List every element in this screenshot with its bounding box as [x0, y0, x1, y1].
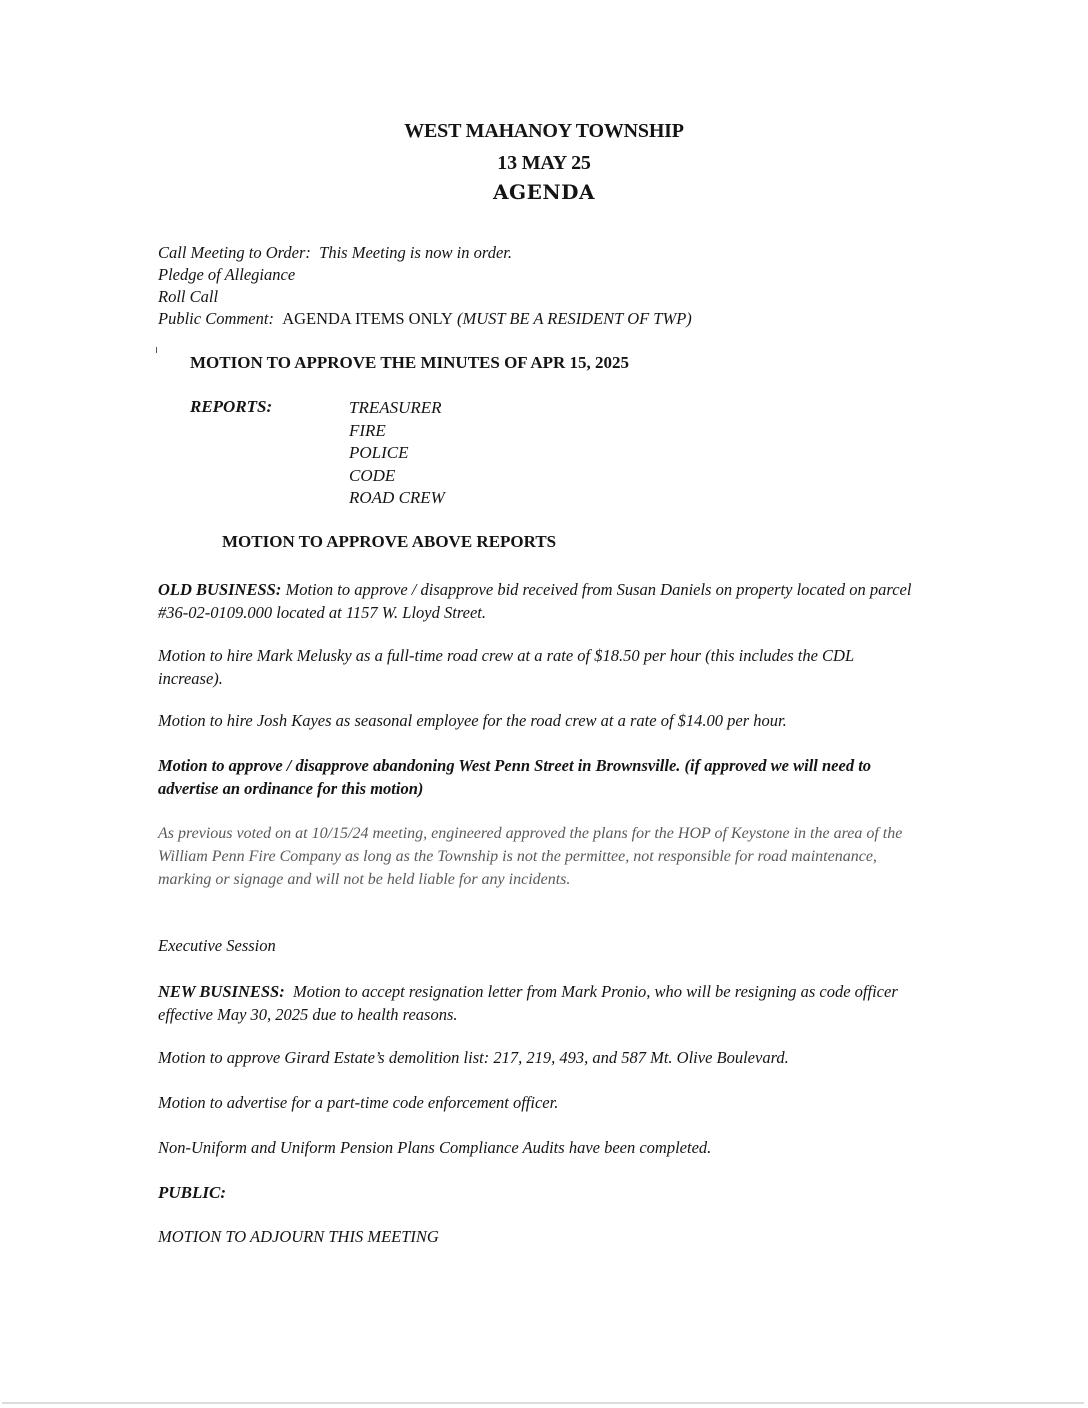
new-business-item: Motion to approve Girard Estate’s demoli…: [158, 1046, 918, 1069]
old-business-item: As previous voted on at 10/15/24 meeting…: [158, 822, 918, 891]
scan-edge-line: [2, 1402, 1084, 1404]
new-business-item: Non-Uniform and Uniform Pension Plans Co…: [158, 1136, 918, 1159]
meeting-date: 13 MAY 25: [0, 152, 1088, 175]
agenda-heading: AGENDA: [0, 180, 1088, 204]
call-to-order: Call Meeting to Order: This Meeting is n…: [158, 243, 512, 263]
executive-session: Executive Session: [158, 934, 918, 957]
reports-label: REPORTS:: [190, 397, 272, 417]
public-label: PUBLIC:: [158, 1181, 918, 1204]
report-item: FIRE: [349, 420, 445, 443]
public-comment: Public Comment: AGENDA ITEMS ONLY (MUST …: [158, 309, 692, 329]
reports-motion: MOTION TO APPROVE ABOVE REPORTS: [222, 532, 556, 552]
new-business-item: NEW BUSINESS: Motion to accept resignati…: [158, 980, 918, 1026]
new-business-label: NEW BUSINESS:: [158, 982, 285, 1001]
report-item: CODE: [349, 465, 445, 488]
report-item: POLICE: [349, 442, 445, 465]
new-business-item: Motion to advertise for a part-time code…: [158, 1091, 918, 1114]
call-to-order-label: Call Meeting to Order:: [158, 243, 311, 262]
report-item: TREASURER: [349, 397, 445, 420]
reports-list: TREASURER FIRE POLICE CODE ROAD CREW: [349, 397, 445, 510]
old-business-item: OLD BUSINESS: Motion to approve / disapp…: [158, 578, 918, 624]
public-comment-label: Public Comment:: [158, 309, 274, 328]
old-business-item: Motion to hire Josh Kayes as seasonal em…: [158, 709, 918, 732]
scan-mark: [156, 347, 157, 353]
pledge-of-allegiance: Pledge of Allegiance: [158, 265, 295, 285]
roll-call: Roll Call: [158, 287, 218, 307]
report-item: ROAD CREW: [349, 487, 445, 510]
township-title: WEST MAHANOY TOWNSHIP: [0, 120, 1088, 143]
call-to-order-text: This Meeting is now in order.: [319, 243, 512, 262]
agenda-page: WEST MAHANOY TOWNSHIP 13 MAY 25 AGENDA C…: [0, 0, 1088, 1408]
old-business-item: Motion to approve / disapprove abandonin…: [158, 754, 918, 800]
old-business-item: Motion to hire Mark Melusky as a full-ti…: [158, 644, 918, 690]
public-comment-text: AGENDA ITEMS ONLY: [282, 309, 453, 328]
public-comment-note: (MUST BE A RESIDENT OF TWP): [457, 309, 692, 328]
minutes-motion: MOTION TO APPROVE THE MINUTES OF APR 15,…: [190, 353, 629, 373]
adjourn-motion: MOTION TO ADJOURN THIS MEETING: [158, 1225, 918, 1248]
old-business-label: OLD BUSINESS:: [158, 580, 281, 599]
